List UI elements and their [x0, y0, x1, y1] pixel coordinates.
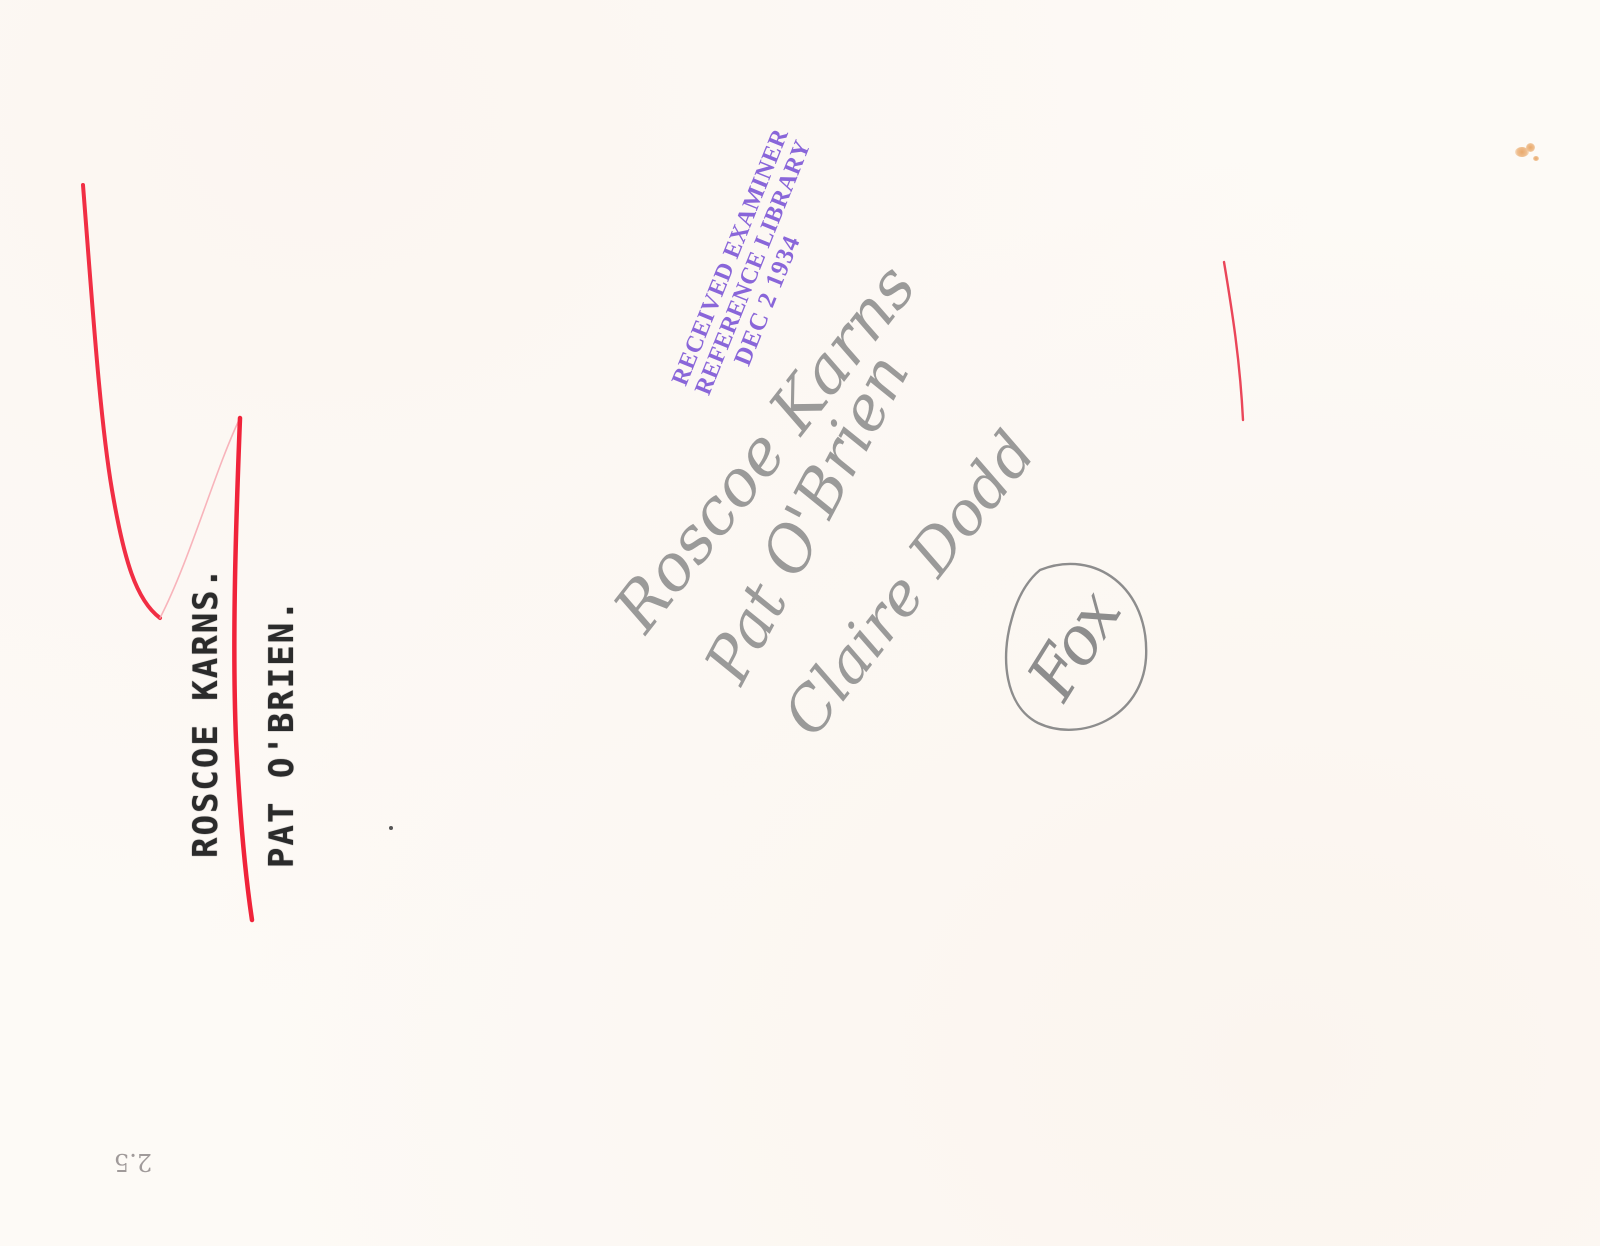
ink-speck	[389, 826, 393, 830]
circled-studio-mark: Fox	[1000, 548, 1152, 738]
typed-caption-line-roscoe-karns: ROSCOE KARNS.	[186, 566, 226, 858]
foxing-stain	[1533, 156, 1539, 161]
foxing-stain	[1526, 143, 1535, 152]
typed-caption-line-pat-obrien: PAT O'BRIEN.	[262, 598, 302, 868]
corner-pencil-note: 2.5	[114, 1148, 152, 1176]
